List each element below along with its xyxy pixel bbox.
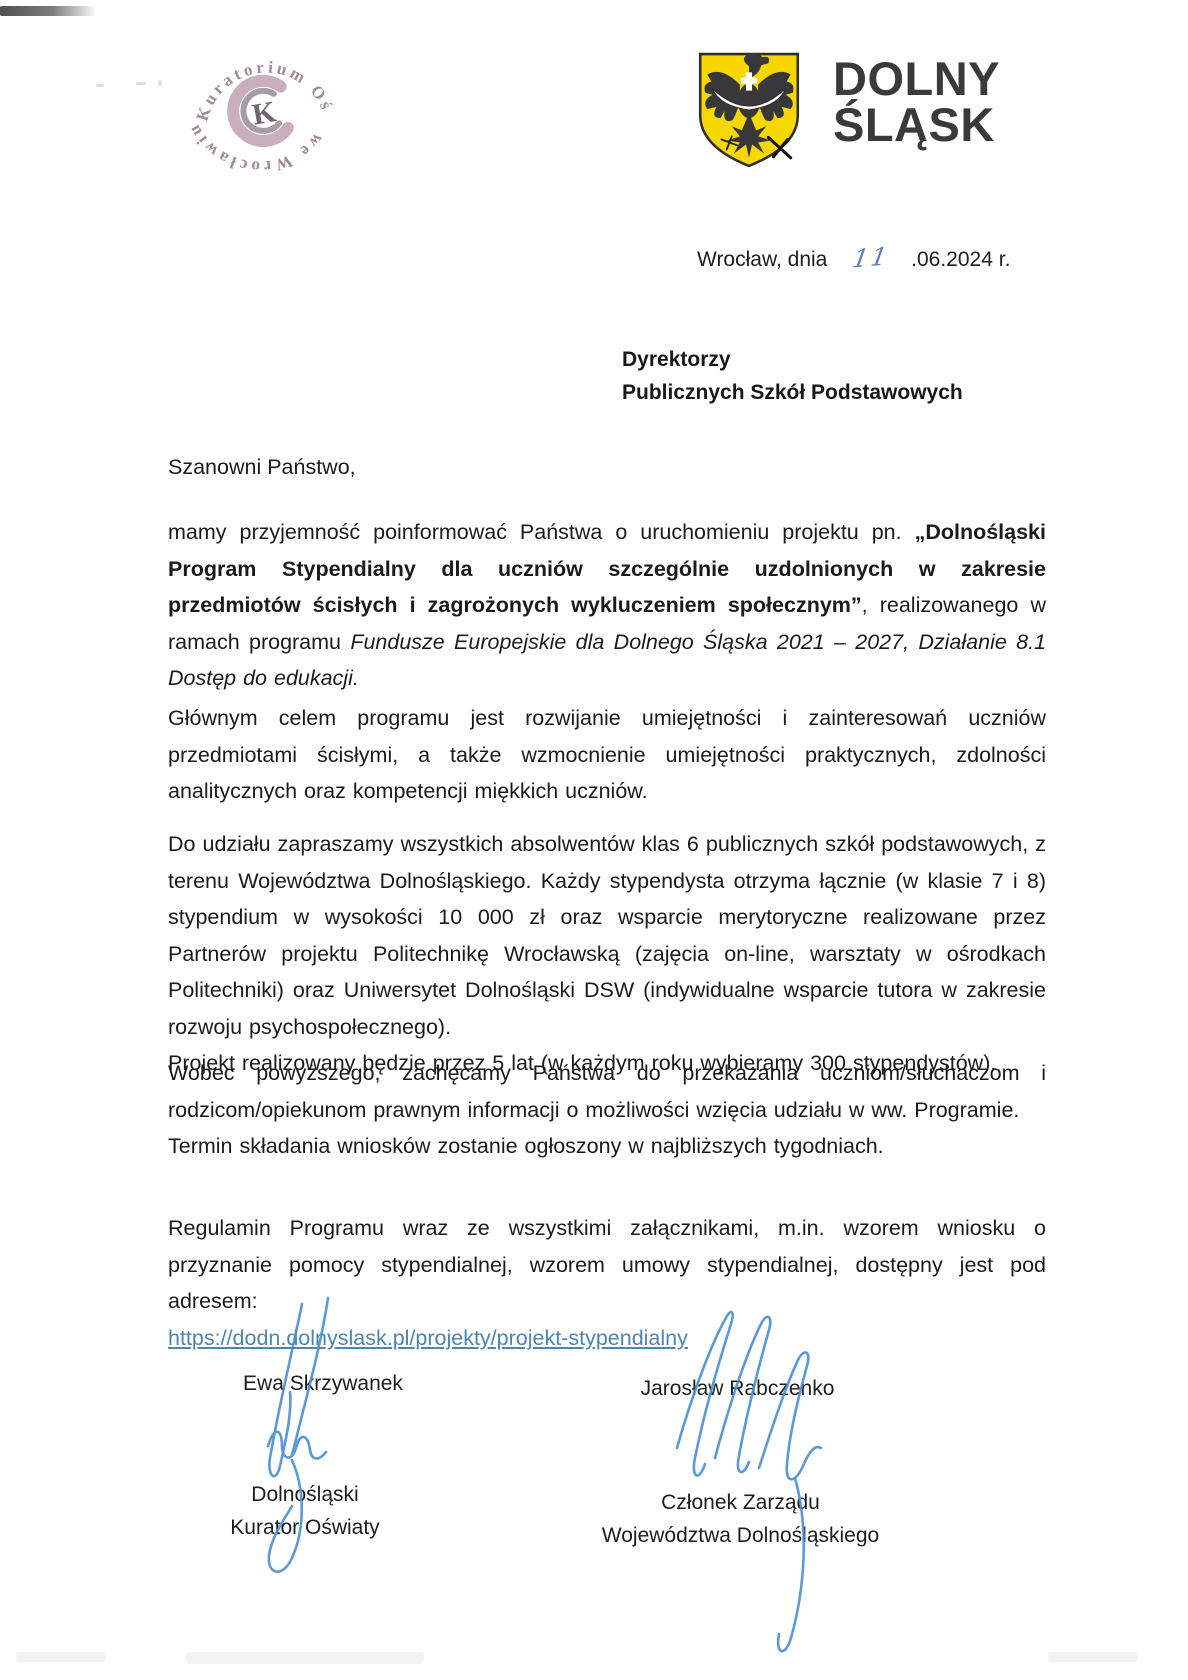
logo-wordmark: DOLNY ŚLĄSK [833, 56, 1063, 148]
scan-artifact-line [0, 6, 96, 16]
stamp-icon: Kuratorium Oświaty we Wrocławiu K [165, 15, 362, 212]
scan-smudge [1048, 1652, 1138, 1662]
stamp-monogram: K [250, 95, 279, 132]
scan-smudge [16, 1652, 106, 1662]
recipient-line2: Publicznych Szkół Podstawowych [622, 376, 963, 409]
dateline: Wrocław, dnia 11 .06.2024 r. [697, 243, 1010, 272]
p4-deadline-line: Termin składania wniosków zostanie ogłos… [168, 1128, 1046, 1165]
right-title-line1: Członek Zarządu [593, 1486, 888, 1519]
right-signer-title: Członek Zarządu Województwa Dolnośląskie… [593, 1486, 888, 1552]
p4-text: Wobec powyższego, zachęcamy Państwa do p… [168, 1061, 1046, 1122]
letter-page: Kuratorium Oświaty we Wrocławiu K [0, 0, 1188, 1680]
recipient-block: Dyrektorzy Publicznych Szkół Podstawowyc… [622, 343, 963, 409]
paragraph-regulations: Regulamin Programu wraz ze wszystkimi za… [168, 1210, 1046, 1356]
left-title-line1: Dolnośląski [195, 1478, 415, 1511]
right-signer-name: Jarosław Rabczenko [640, 1377, 835, 1401]
dateline-rest: .06.2024 r. [911, 248, 1010, 272]
program-link[interactable]: https://dodn.dolnyslask.pl/projekty/proj… [168, 1326, 688, 1350]
logo-line2: ŚLĄSK [833, 102, 1063, 148]
paragraph-intro: mamy przyjemność poinformować Państwa o … [168, 514, 1046, 697]
kuratorium-stamp: Kuratorium Oświaty we Wrocławiu K [165, 15, 362, 212]
scan-speck [96, 84, 104, 87]
scan-speck [158, 80, 162, 86]
handwritten-day: 11 [851, 241, 892, 273]
scan-smudge [186, 1652, 424, 1664]
scan-speck [136, 82, 146, 85]
right-signature-strokes [677, 1312, 821, 1651]
left-signer-name: Ewa Skrzywanek [238, 1372, 408, 1396]
paragraph-encouragement: Wobec powyższego, zachęcamy Państwa do p… [168, 1055, 1046, 1165]
left-title-line2: Kurator Oświaty [195, 1511, 415, 1544]
recipient-line1: Dyrektorzy [622, 343, 963, 376]
p1-text: mamy przyjemność poinformować Państwa o … [168, 520, 915, 544]
paragraph-eligibility: Do udziału zapraszamy wszystkich absolwe… [168, 826, 1046, 1082]
logo-line1: DOLNY [833, 56, 1063, 102]
salutation: Szanowni Państwo, [168, 455, 356, 480]
left-signer-title: Dolnośląski Kurator Oświaty [195, 1478, 415, 1544]
p3-text: Do udziału zapraszamy wszystkich absolwe… [168, 832, 1046, 1039]
paragraph-goal: Głównym celem programu jest rozwijanie u… [168, 700, 1046, 810]
dateline-city: Wrocław, dnia [697, 248, 827, 272]
eagle-shield-icon [693, 50, 805, 172]
p5-text: Regulamin Programu wraz ze wszystkimi za… [168, 1216, 1046, 1313]
dolny-slask-crest [693, 50, 805, 172]
right-title-line2: Województwa Dolnośląskiego [593, 1519, 888, 1552]
